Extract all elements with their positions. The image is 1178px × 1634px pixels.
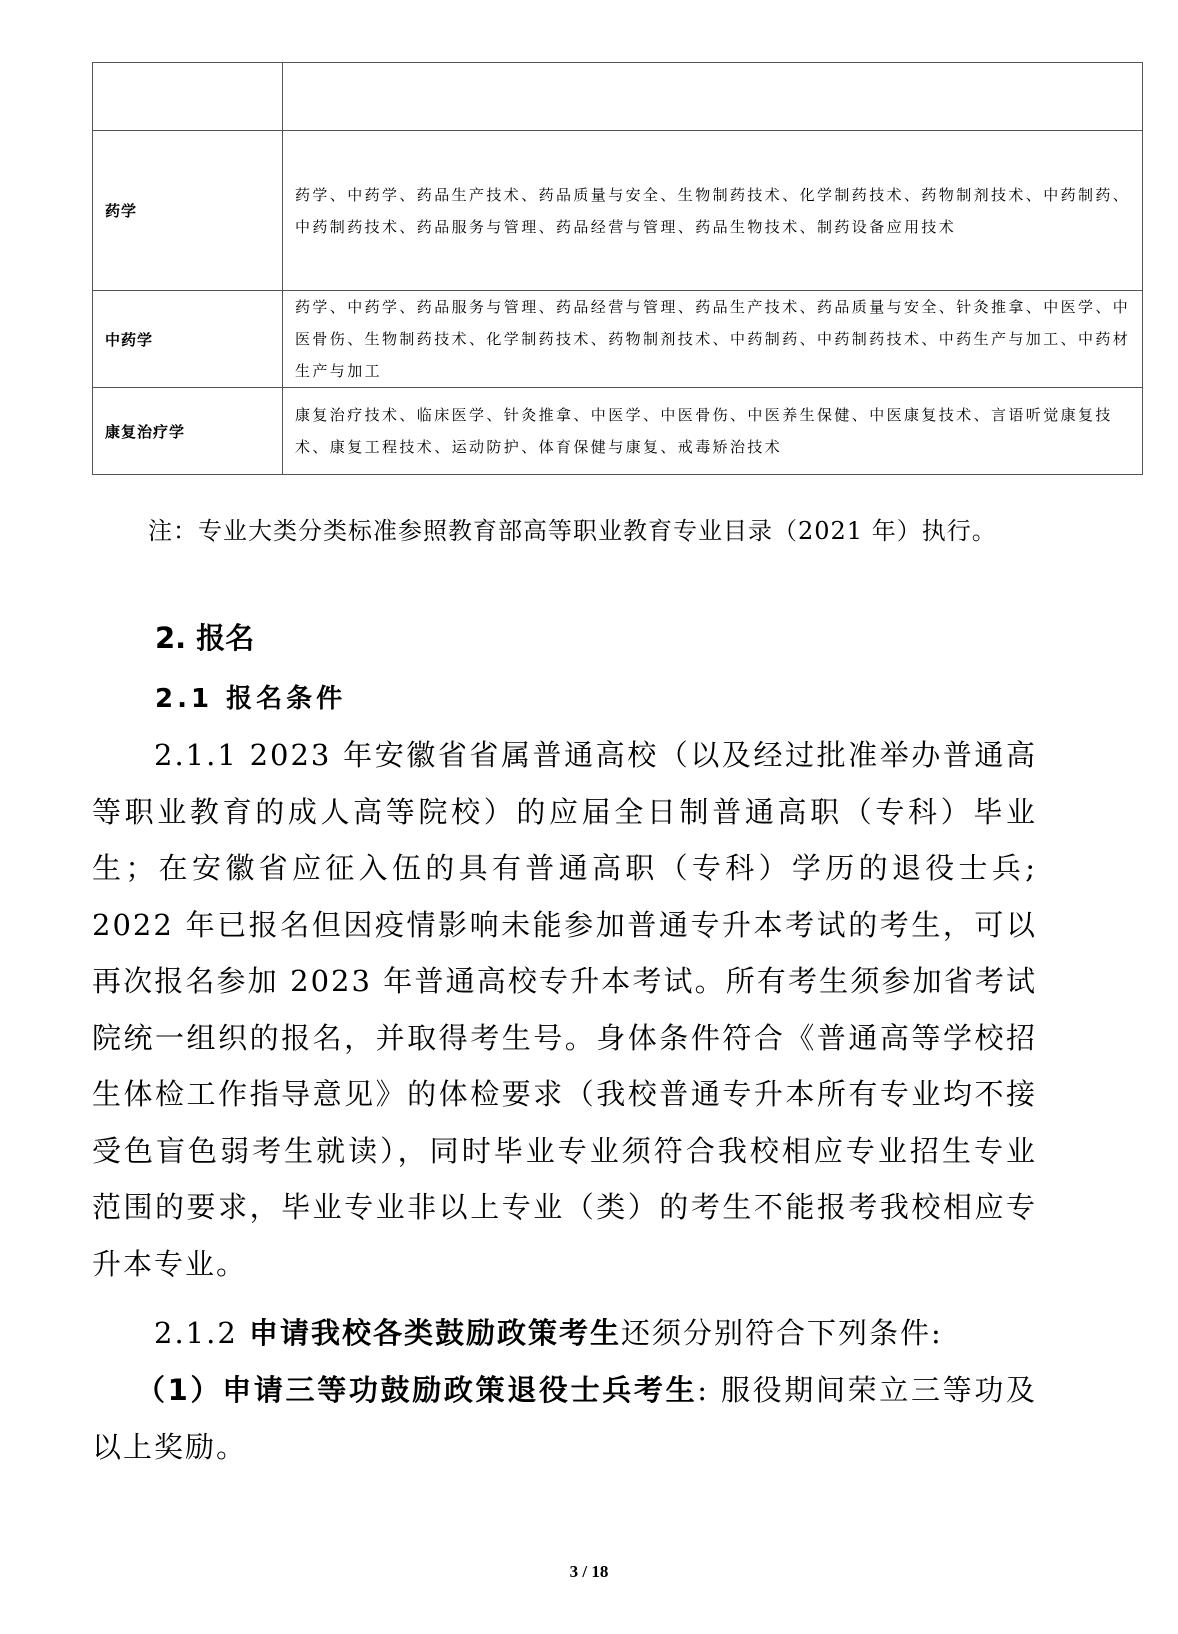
category-cell: 康复治疗学 (93, 388, 283, 475)
majors-cell: 药学、中药学、药品生产技术、药品质量与安全、生物制药技术、化学制药技术、药物制剂… (283, 131, 1143, 291)
clause-number: 2.1.2 (154, 1316, 249, 1350)
clause-emphasis: 申请我校各类鼓励政策考生 (249, 1316, 621, 1350)
page-number: 3 / 18 (0, 1562, 1178, 1582)
subsection-heading: 2.1 报名条件 (155, 678, 346, 715)
list-item-1: （1）申请三等功鼓励政策退役士兵考生: 服役期间荣立三等功及以上奖励。 (92, 1362, 1037, 1475)
table-row: 中药学 药学、中药学、药品服务与管理、药品经营与管理、药品生产技术、药品质量与安… (93, 291, 1143, 388)
item-emphasis: （1）申请三等功鼓励政策退役士兵考生 (136, 1373, 697, 1407)
table-row (93, 63, 1143, 131)
majors-cell: 康复治疗技术、临床医学、针灸推拿、中医学、中医骨伤、中医养生保健、中医康复技术、… (283, 388, 1143, 475)
majors-cell (283, 63, 1143, 131)
table-row: 药学 药学、中药学、药品生产技术、药品质量与安全、生物制药技术、化学制药技术、药… (93, 131, 1143, 291)
paragraph-2-1-1: 2.1.1 2023 年安徽省省属普通高校（以及经过批准举办普通高等职业教育的成… (92, 727, 1037, 1292)
document-page: 药学 药学、中药学、药品生产技术、药品质量与安全、生物制药技术、化学制药技术、药… (0, 0, 1178, 1634)
paragraph-2-1-2: 2.1.2 申请我校各类鼓励政策考生还须分别符合下列条件: (92, 1305, 1037, 1362)
table-note: 注：专业大类分类标准参照教育部高等职业教育专业目录（2021 年）执行。 (92, 500, 1037, 562)
section-heading: 2. 报名 (155, 616, 254, 657)
majors-table: 药学 药学、中药学、药品生产技术、药品质量与安全、生物制药技术、化学制药技术、药… (92, 62, 1143, 475)
majors-cell: 药学、中药学、药品服务与管理、药品经营与管理、药品生产技术、药品质量与安全、针灸… (283, 291, 1143, 388)
category-cell: 药学 (93, 131, 283, 291)
category-cell (93, 63, 283, 131)
clause-text: 还须分别符合下列条件: (621, 1316, 943, 1350)
category-cell: 中药学 (93, 291, 283, 388)
table-row: 康复治疗学 康复治疗技术、临床医学、针灸推拿、中医学、中医骨伤、中医养生保健、中… (93, 388, 1143, 475)
